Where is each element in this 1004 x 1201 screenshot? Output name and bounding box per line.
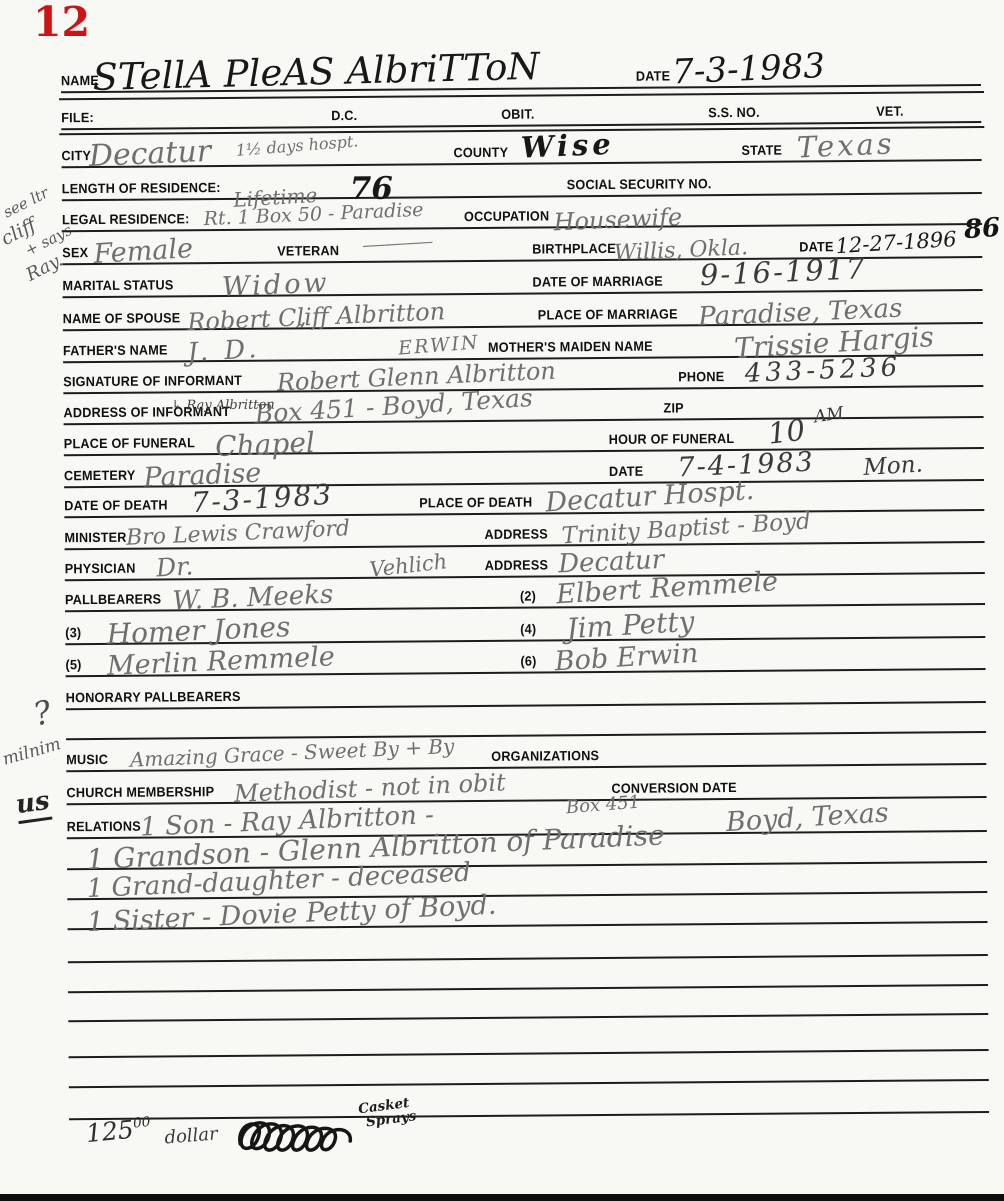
blank-ruled-line xyxy=(69,1067,989,1088)
marital-status-label: MARITAL STATUS xyxy=(62,277,173,293)
pallbearer-4-number: (4) xyxy=(520,622,536,637)
date-of-marriage-label: DATE OF MARRIAGE xyxy=(532,274,662,290)
pallbearer-6-number: (6) xyxy=(520,654,536,669)
place-of-funeral-label: PLACE OF FUNERAL xyxy=(64,435,195,451)
relations-4-value: 1 Sister - Dovie Petty of Boyd. xyxy=(86,892,496,936)
scanned-funeral-record-page: { "page": { "corner_number": "12", "marg… xyxy=(0,0,1004,1201)
place-of-marriage-label: PLACE OF MARRIAGE xyxy=(538,306,678,322)
row-relations-4: 1 Sister - Dovie Petty of Boyd. xyxy=(67,887,987,930)
blank-ruled-line xyxy=(68,972,988,993)
mothers-maiden-name-label: MOTHER'S MAIDEN NAME xyxy=(488,339,653,355)
pallbearer-3-number: (3) xyxy=(65,625,81,640)
veteran-label: VETERAN xyxy=(277,243,339,258)
file-label: FILE: xyxy=(61,110,94,125)
scribble-icon xyxy=(232,1109,362,1162)
hour-of-funeral-value: 10 xyxy=(767,416,807,449)
city-note: 1½ days hospt. xyxy=(235,133,359,158)
date-of-marriage-value: 9-16-1917 xyxy=(699,254,867,290)
pallbearer-5-number: (5) xyxy=(65,657,81,672)
ssno-label: S.S. NO. xyxy=(708,105,760,120)
relations-1-insert: Box 451 xyxy=(565,794,640,818)
row-honorary-pallbearers: HONORARY PALLBEARERS xyxy=(66,667,986,710)
length-of-residence-label: LENGTH OF RESIDENCE: xyxy=(62,180,221,196)
vet-label: VET. xyxy=(876,104,904,119)
blank-ruled-line xyxy=(69,1099,989,1120)
zip-label: ZIP xyxy=(663,400,683,415)
name-value: STellA PleAS AlbriTToN xyxy=(92,48,540,96)
margin-note-us-text: us xyxy=(14,786,52,824)
physician-label: PHYSICIAN xyxy=(65,561,136,577)
occupation-label: OCCUPATION xyxy=(464,208,549,224)
pallbearer-2-number: (2) xyxy=(520,589,536,604)
phone-label: PHONE xyxy=(678,369,724,384)
sex-label: SEX xyxy=(62,245,88,260)
relations-label: RELATIONS xyxy=(67,819,141,835)
blank-ruled-line xyxy=(68,942,988,963)
county-label: COUNTY xyxy=(453,145,508,160)
legal-residence-label: LEGAL RESIDENCE: xyxy=(62,211,190,227)
obit-label: OBIT. xyxy=(501,107,535,122)
form-sheet: NAME STellA PleAS AlbriTToN DATE 7-3-198… xyxy=(60,0,991,1201)
blank-ruled-line xyxy=(68,1037,988,1058)
fathers-name-label: FATHER'S NAME xyxy=(63,342,168,358)
scan-edge-bar xyxy=(0,1194,1004,1201)
margin-note-us: us xyxy=(14,786,51,820)
informant-correction-note: ↳ Ray Albritton xyxy=(171,398,274,414)
minister-address-label: ADDRESS xyxy=(484,526,547,541)
price-cents: 00 xyxy=(132,1114,151,1132)
music-value: Amazing Grace - Sweet By + By xyxy=(129,736,454,770)
price-value: 125 xyxy=(85,1115,135,1148)
price-word: dollar xyxy=(164,1125,218,1147)
birthplace-label: BIRTHPLACE xyxy=(532,241,616,257)
blank-ruled-line xyxy=(68,1001,988,1022)
hour-of-funeral-label: HOUR OF FUNERAL xyxy=(609,431,735,447)
hour-suffix-value: AM xyxy=(813,405,845,426)
honorary-pallbearers-label: HONORARY PALLBEARERS xyxy=(66,689,241,705)
date-value: 7-3-1983 xyxy=(672,49,826,89)
music-label: MUSIC xyxy=(66,752,108,767)
veteran-dash-mark: ——— xyxy=(361,233,431,255)
date-of-death-label: DATE OF DEATH xyxy=(64,497,168,513)
organizations-label: ORGANIZATIONS xyxy=(491,748,599,764)
place-of-death-label: PLACE OF DEATH xyxy=(419,495,532,511)
city-label: CITY xyxy=(61,148,91,163)
ditto-mark: ” xyxy=(295,321,306,343)
price-note: 12500 xyxy=(85,1115,152,1146)
row-name: NAME STellA PleAS AlbriTToN DATE 7-3-198… xyxy=(61,24,981,93)
social-security-label: SOCIAL SECURITY NO. xyxy=(567,176,712,192)
state-value: Texas xyxy=(796,129,895,162)
church-membership-label: CHURCH MEMBERSHIP xyxy=(66,784,214,800)
physician-address-label: ADDRESS xyxy=(485,557,548,572)
date-label: DATE xyxy=(636,68,670,83)
pallbearers-label: PALLBEARERS xyxy=(65,592,161,608)
pallbearer-2-value: Elbert Remmele xyxy=(555,568,778,608)
signature-of-informant-label: SIGNATURE OF INFORMANT xyxy=(63,373,242,389)
dc-label: D.C. xyxy=(331,108,357,123)
casket-spray-note: Casket Sprays xyxy=(357,1095,417,1130)
state-label: STATE xyxy=(741,143,782,158)
legal-residence-value: Rt. 1 Box 50 - Paradise xyxy=(203,201,424,229)
funeral-date-label: DATE xyxy=(609,464,643,479)
minister-label: MINISTER xyxy=(64,530,126,545)
county-value: Wise xyxy=(520,130,615,163)
spouse-label: NAME OF SPOUSE xyxy=(63,310,181,326)
